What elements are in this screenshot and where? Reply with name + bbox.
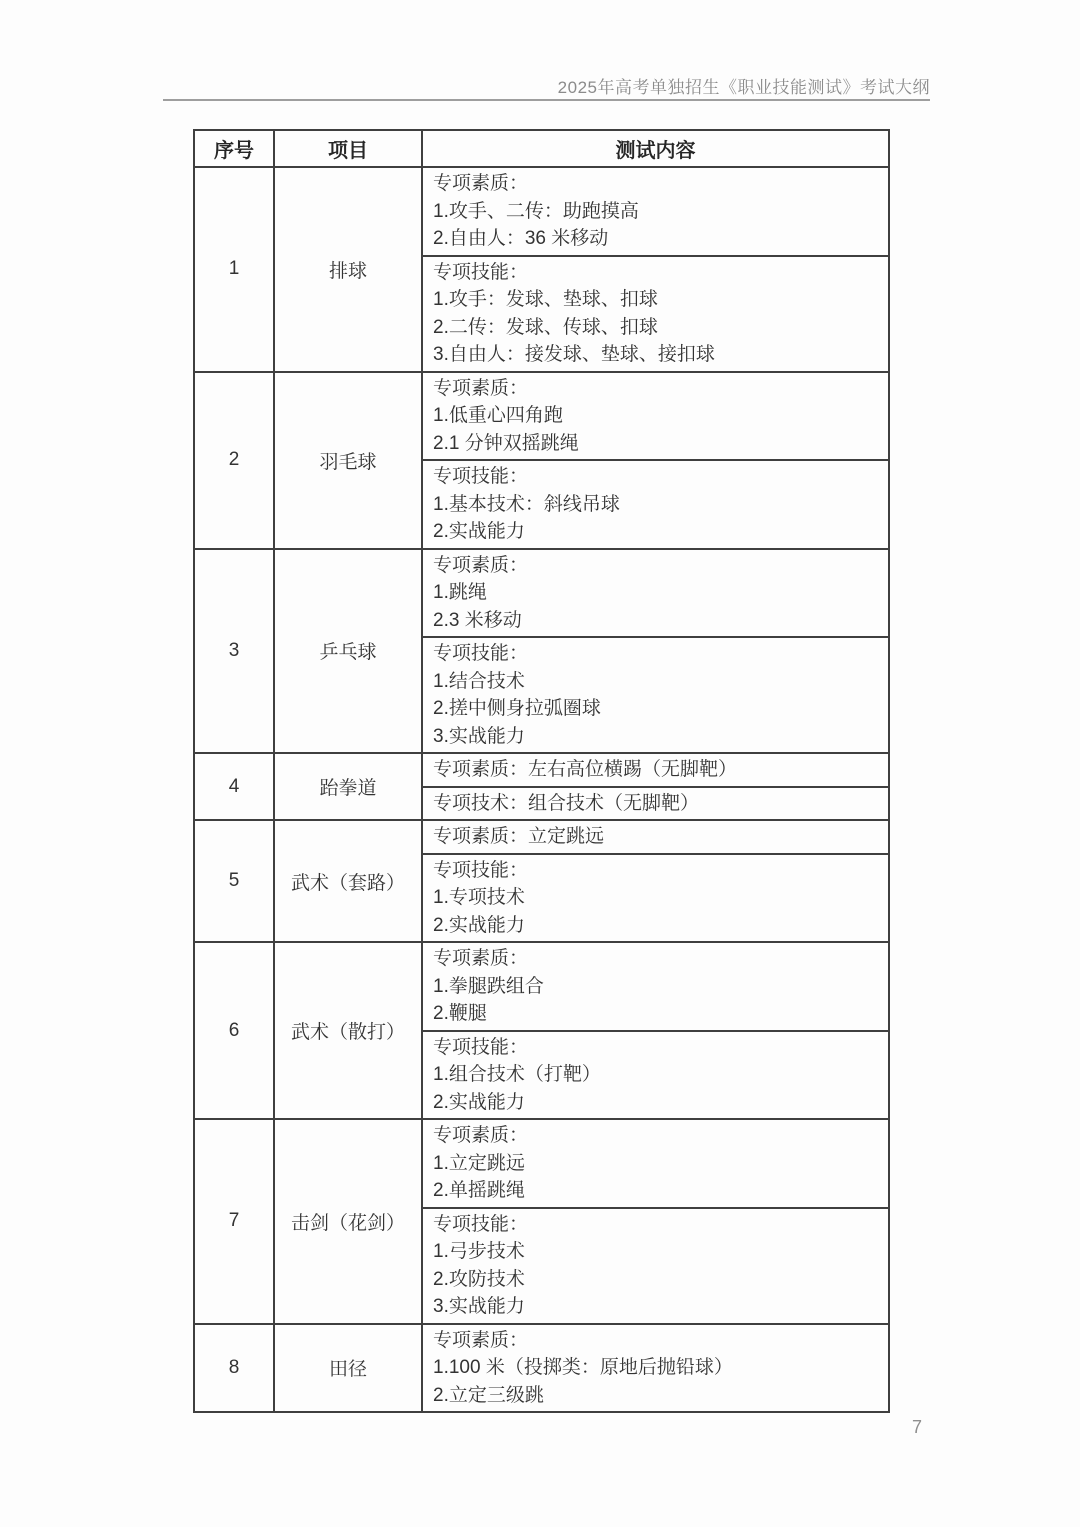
test-content-cell: 专项技能：1.攻手：发球、垫球、扣球2.二传：发球、传球、扣球3.自由人：接发球… [422, 256, 889, 372]
row-index-cell: 7 [194, 1119, 274, 1324]
content-line: 2.实战能力 [433, 518, 880, 546]
content-line: 1.100 米（投掷类：原地后抛铅球） [433, 1354, 880, 1382]
content-line: 2.搓中侧身拉弧圈球 [433, 695, 880, 723]
content-line: 专项素质： [433, 170, 880, 198]
item-name-cell: 乒乓球 [274, 549, 422, 754]
content-line: 2.1 分钟双摇跳绳 [433, 430, 880, 458]
content-line: 1.低重心四角跑 [433, 402, 880, 430]
content-line: 专项技能： [433, 640, 880, 668]
document-page: 2025年高考单独招生《职业技能测试》考试大纲 序号 项目 测试内容 1排球专项… [0, 0, 1080, 1527]
content-line: 3.自由人：接发球、垫球、接扣球 [433, 341, 880, 369]
content-line: 3.实战能力 [433, 723, 880, 751]
row-index-cell: 3 [194, 549, 274, 754]
content-line: 2.单摇跳绳 [433, 1177, 880, 1205]
item-name-cell: 武术（散打） [274, 942, 422, 1119]
content-line: 1.弓步技术 [433, 1238, 880, 1266]
row-index-cell: 5 [194, 820, 274, 942]
content-line: 专项技能： [433, 463, 880, 491]
content-line: 专项技能： [433, 259, 880, 287]
row-index-cell: 8 [194, 1324, 274, 1413]
test-content-cell: 专项素质：1.跳绳2.3 米移动 [422, 549, 889, 638]
content-line: 2.自由人：36 米移动 [433, 225, 880, 253]
test-content-cell: 专项技能：1.基本技术：斜线吊球2.实战能力 [422, 460, 889, 549]
content-line: 2.实战能力 [433, 1089, 880, 1117]
row-index-cell: 6 [194, 942, 274, 1119]
row-index-cell: 1 [194, 167, 274, 372]
table-header-row: 序号 项目 测试内容 [194, 130, 889, 167]
test-content-cell: 专项技能：1.组合技术（打靶）2.实战能力 [422, 1031, 889, 1120]
content-line: 2.3 米移动 [433, 607, 880, 635]
table-row: 5武术（套路）专项素质：立定跳远 [194, 820, 889, 854]
content-line: 1.攻手：发球、垫球、扣球 [433, 286, 880, 314]
test-content-table: 序号 项目 测试内容 1排球专项素质：1.攻手、二传：助跑摸高2.自由人：36 … [193, 129, 890, 1413]
header-divider-line [163, 99, 930, 101]
item-name-cell: 跆拳道 [274, 753, 422, 820]
test-content-cell: 专项素质：1.立定跳远2.单摇跳绳 [422, 1119, 889, 1208]
content-line: 专项素质： [433, 552, 880, 580]
table-row: 6武术（散打）专项素质：1.拳腿跌组合2.鞭腿 [194, 942, 889, 1031]
item-name-cell: 击剑（花剑） [274, 1119, 422, 1324]
item-name-cell: 武术（套路） [274, 820, 422, 942]
test-content-cell: 专项素质：1.低重心四角跑2.1 分钟双摇跳绳 [422, 372, 889, 461]
content-line: 1.跳绳 [433, 579, 880, 607]
content-line: 2.实战能力 [433, 912, 880, 940]
table-row: 7击剑（花剑）专项素质：1.立定跳远2.单摇跳绳 [194, 1119, 889, 1208]
test-content-cell: 专项素质：左右高位横踢（无脚靶） [422, 753, 889, 787]
content-line: 1.组合技术（打靶） [433, 1061, 880, 1089]
content-line: 专项素质：左右高位横踢（无脚靶） [433, 756, 880, 784]
content-line: 2.立定三级跳 [433, 1382, 880, 1410]
column-header-index: 序号 [194, 130, 274, 167]
document-header-title: 2025年高考单独招生《职业技能测试》考试大纲 [558, 73, 930, 98]
test-content-cell: 专项素质：立定跳远 [422, 820, 889, 854]
page-number: 7 [912, 1417, 922, 1438]
content-line: 2.二传：发球、传球、扣球 [433, 314, 880, 342]
test-content-cell: 专项技术：组合技术（无脚靶） [422, 787, 889, 821]
content-line: 专项技能： [433, 857, 880, 885]
row-index-cell: 2 [194, 372, 274, 549]
table-row: 1排球专项素质：1.攻手、二传：助跑摸高2.自由人：36 米移动 [194, 167, 889, 256]
table-row: 4跆拳道专项素质：左右高位横踢（无脚靶） [194, 753, 889, 787]
content-line: 1.基本技术：斜线吊球 [433, 491, 880, 519]
content-line: 专项素质：立定跳远 [433, 823, 880, 851]
table-row: 3乒乓球专项素质：1.跳绳2.3 米移动 [194, 549, 889, 638]
content-line: 3.实战能力 [433, 1293, 880, 1321]
test-content-cell: 专项素质：1.拳腿跌组合2.鞭腿 [422, 942, 889, 1031]
item-name-cell: 排球 [274, 167, 422, 372]
table-row: 8田径专项素质：1.100 米（投掷类：原地后抛铅球）2.立定三级跳 [194, 1324, 889, 1413]
test-content-cell: 专项技能：1.弓步技术2.攻防技术3.实战能力 [422, 1208, 889, 1324]
content-line: 专项技能： [433, 1034, 880, 1062]
content-line: 专项素质： [433, 375, 880, 403]
test-content-cell: 专项技能：1.专项技术2.实战能力 [422, 854, 889, 943]
content-line: 专项技术：组合技术（无脚靶） [433, 790, 880, 818]
content-line: 专项素质： [433, 1122, 880, 1150]
content-line: 1.立定跳远 [433, 1150, 880, 1178]
test-content-cell: 专项素质：1.攻手、二传：助跑摸高2.自由人：36 米移动 [422, 167, 889, 256]
content-line: 专项素质： [433, 945, 880, 973]
column-header-item: 项目 [274, 130, 422, 167]
content-line: 1.结合技术 [433, 668, 880, 696]
content-line: 2.攻防技术 [433, 1266, 880, 1294]
row-index-cell: 4 [194, 753, 274, 820]
content-line: 2.鞭腿 [433, 1000, 880, 1028]
test-content-cell: 专项技能：1.结合技术2.搓中侧身拉弧圈球3.实战能力 [422, 637, 889, 753]
content-line: 专项素质： [433, 1327, 880, 1355]
item-name-cell: 田径 [274, 1324, 422, 1413]
item-name-cell: 羽毛球 [274, 372, 422, 549]
content-line: 1.专项技术 [433, 884, 880, 912]
content-line: 1.拳腿跌组合 [433, 973, 880, 1001]
content-line: 1.攻手、二传：助跑摸高 [433, 198, 880, 226]
table-row: 2羽毛球专项素质：1.低重心四角跑2.1 分钟双摇跳绳 [194, 372, 889, 461]
column-header-test-content: 测试内容 [422, 130, 889, 167]
content-line: 专项技能： [433, 1211, 880, 1239]
test-content-cell: 专项素质：1.100 米（投掷类：原地后抛铅球）2.立定三级跳 [422, 1324, 889, 1413]
